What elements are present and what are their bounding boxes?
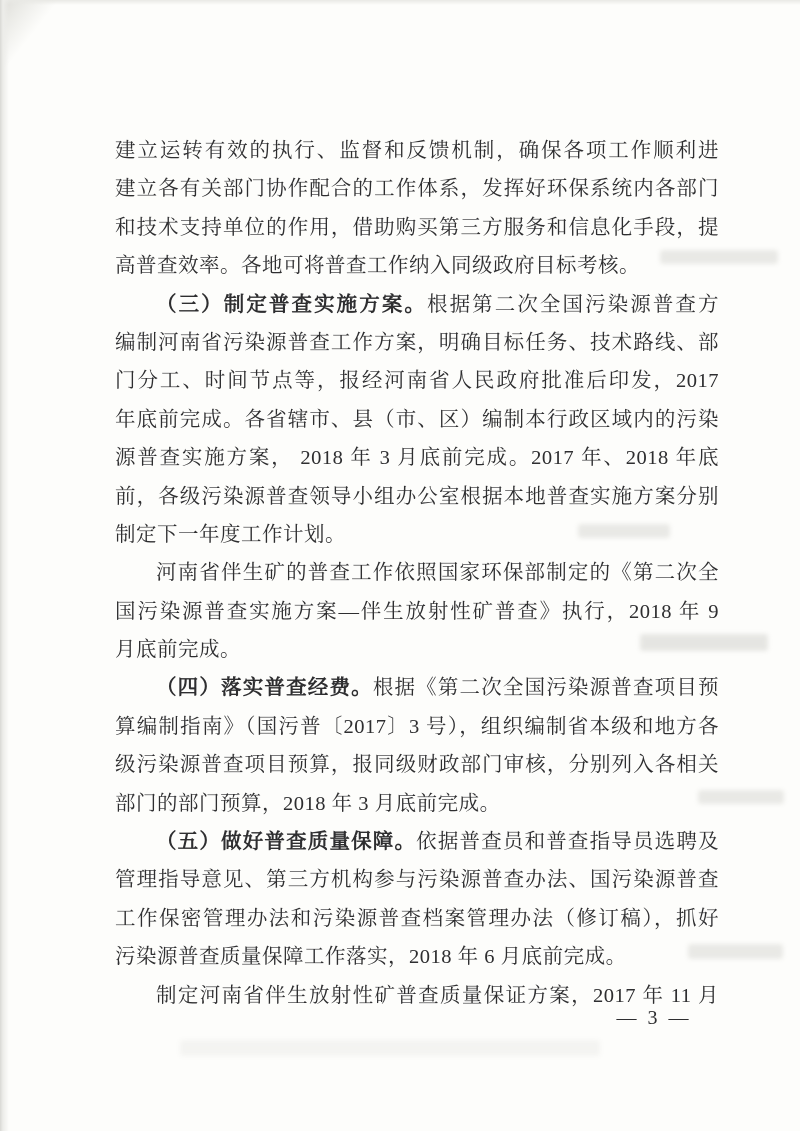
text-line: 编制河南省污染源普查工作方案，明确目标任务、技术路线、部 [115, 324, 719, 362]
page-number: — 3 — [588, 1007, 720, 1030]
text-line: 工作保密管理办法和污染源普查档案管理办法（修订稿），抓好 [115, 900, 719, 938]
text-line: （五）做好普查质量保障。依据普查员和普查指导员选聘及 [115, 823, 719, 861]
text-line: 级污染源普查项目预算，报同级财政部门审核，分别列入各相关 [115, 746, 719, 784]
scan-left-edge [0, 0, 9, 1131]
text-line: 前，各级污染源普查领导小组办公室根据本地普查实施方案分别 [115, 478, 719, 516]
text-line: 月底前完成。 [115, 631, 719, 669]
section-heading: （三）制定普查实施方案。 [156, 294, 427, 316]
document-text-block: 建立运转有效的执行、监督和反馈机制，确保各项工作顺利进行。建立各有关部门协作配合… [115, 132, 719, 1015]
text-line: 河南省伴生矿的普查工作依照国家环保部制定的《第二次全 [115, 554, 719, 592]
paragraph: （五）做好普查质量保障。依据普查员和普查指导员选聘及管理指导意见、第三方机构参与… [115, 823, 719, 977]
text-line: 和技术支持单位的作用，借助购买第三方服务和信息化手段，提 [115, 209, 719, 247]
paragraph: （三）制定普查实施方案。根据第二次全国污染源普查方案，编制河南省污染源普查工作方… [115, 286, 719, 555]
text-line: 算编制指南》（国污普〔2017〕3 号），组织编制省本级和地方各 [115, 708, 719, 746]
section-heading: （四）落实普查经费。 [156, 677, 373, 699]
text-line: 建立运转有效的执行、监督和反馈机制，确保各项工作顺利进行。 [115, 132, 719, 170]
text-line: 管理指导意见、第三方机构参与污染源普查办法、国污染源普查 [115, 861, 719, 899]
text-line: （三）制定普查实施方案。根据第二次全国污染源普查方案， [115, 286, 719, 324]
paragraph: （四）落实普查经费。根据《第二次全国污染源普查项目预算编制指南》（国污普〔201… [115, 669, 719, 823]
text-line: 年底前完成。各省辖市、县（市、区）编制本行政区域内的污染 [115, 401, 719, 439]
text-line: 污染源普查质量保障工作落实，2018 年 6 月底前完成。 [115, 938, 719, 976]
text-line: 高普查效率。各地可将普查工作纳入同级政府目标考核。 [115, 247, 719, 285]
bleed-through-mark [180, 1040, 600, 1056]
paragraph: 河南省伴生矿的普查工作依照国家环保部制定的《第二次全国污染源普查实施方案—伴生放… [115, 554, 719, 669]
section-heading: （五）做好普查质量保障。 [156, 831, 416, 853]
text-line: 国污染源普查实施方案—伴生放射性矿普查》执行，2018 年 9 [115, 593, 719, 631]
scan-corner-shadow [0, 0, 110, 70]
text-line: （四）落实普查经费。根据《第二次全国污染源普查项目预 [115, 669, 719, 707]
text-line: 门分工、时间节点等，报经河南省人民政府批准后印发，2017 [115, 362, 719, 400]
text-line: 制定下一年度工作计划。 [115, 516, 719, 554]
scanned-document-page: 建立运转有效的执行、监督和反馈机制，确保各项工作顺利进行。建立各有关部门协作配合… [0, 0, 800, 1131]
scan-top-edge [0, 0, 800, 5]
paragraph: 建立运转有效的执行、监督和反馈机制，确保各项工作顺利进行。建立各有关部门协作配合… [115, 132, 719, 286]
text-line: 建立各有关部门协作配合的工作体系，发挥好环保系统内各部门 [115, 170, 719, 208]
text-line: 部门的部门预算，2018 年 3 月底前完成。 [115, 785, 719, 823]
text-line: 源普查实施方案， 2018 年 3 月底前完成。2017 年、2018 年底 [115, 439, 719, 477]
